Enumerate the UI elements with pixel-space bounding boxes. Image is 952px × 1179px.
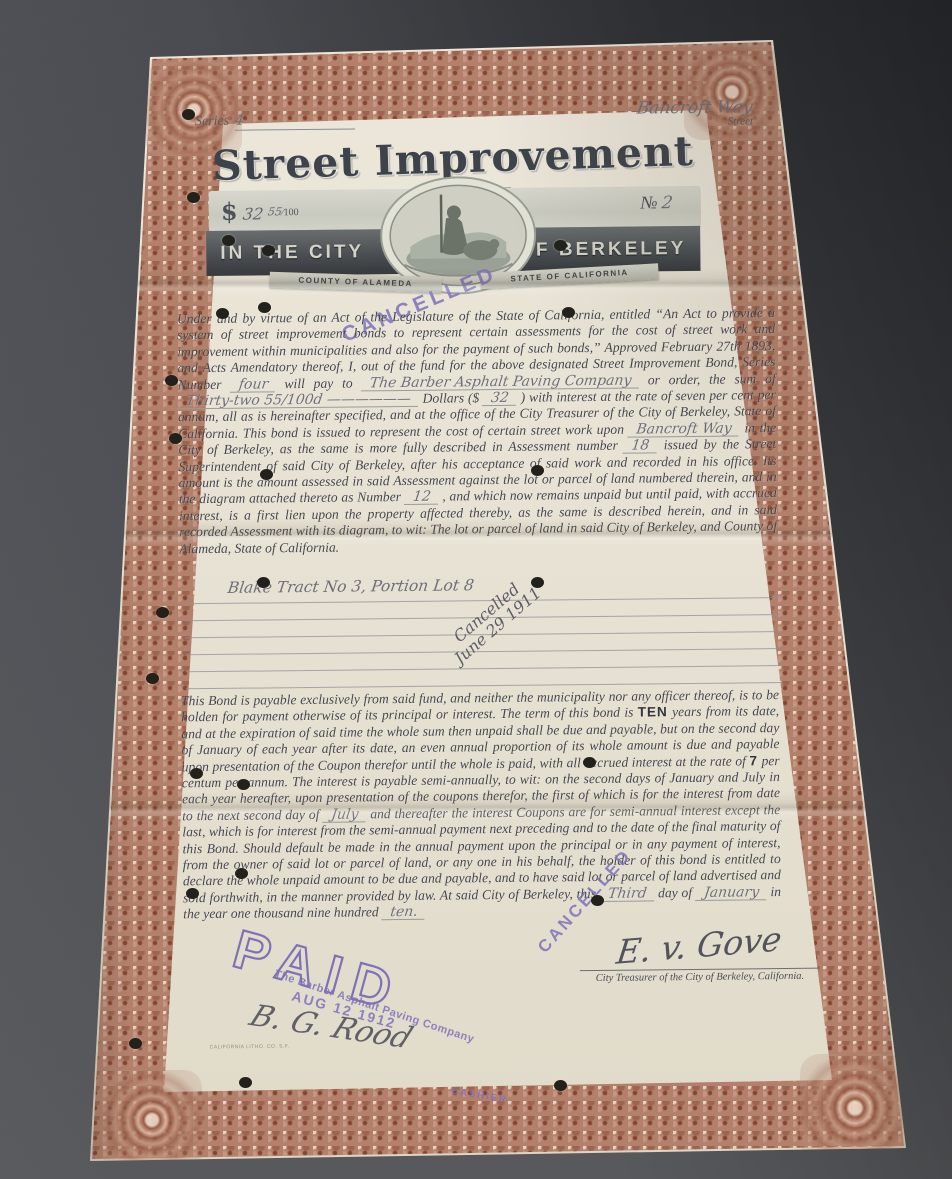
series-blank: 4: [235, 111, 355, 130]
number-label: №: [640, 192, 657, 212]
paid-stamp-cashier-label: CASHIER: [451, 1086, 509, 1106]
fill-amount-words: Thirty-two 55/100d ——————: [177, 393, 420, 410]
amount-cents-handwritten: 55: [267, 205, 283, 218]
paid-stamp-group: PAID AUG 12 1912 The Barber Asphalt Pavi…: [191, 916, 533, 1130]
fraction-base: 100: [284, 207, 299, 218]
fill-month: January: [695, 886, 768, 901]
punch-hole: [262, 245, 275, 256]
punch-hole: [583, 757, 596, 768]
punch-hole: [260, 469, 273, 480]
fill-diagram-number: 12: [404, 491, 440, 505]
punch-hole: [169, 433, 182, 444]
punch-hole: [591, 895, 604, 906]
punch-hole: [237, 779, 250, 790]
bold-term-years: TEN: [638, 705, 668, 720]
punch-hole: [190, 768, 203, 779]
document-content: Series4 Bancroft Way Street Street Impro…: [82, 32, 916, 1173]
treasurer-title: City Treasurer of the City of Berkeley, …: [580, 971, 820, 985]
printed-text: day of: [658, 885, 692, 900]
bond-paper: Series4 Bancroft Way Street Street Impro…: [88, 36, 910, 1168]
amount-fraction: 55⁄100: [268, 205, 299, 218]
bold-interest-rate: 7: [749, 753, 758, 768]
treasurer-signature: E. v. Gove: [615, 919, 785, 972]
punch-hole: [239, 1077, 252, 1088]
street-line: Bancroft Way Street: [503, 97, 753, 130]
fill-amount-figures: 32: [482, 392, 518, 406]
series-label: Series: [195, 114, 229, 129]
fill-coupon-month: July: [322, 808, 367, 822]
number-value-handwritten: 2: [661, 193, 674, 213]
punch-hole: [554, 1080, 567, 1091]
photo-of-bond-document: Series4 Bancroft Way Street Street Impro…: [0, 0, 952, 1179]
fill-payee: The Barber Asphalt Paving Company: [361, 374, 640, 391]
punch-hole: [216, 308, 229, 319]
punch-hole: [186, 888, 199, 899]
treasurer-signature-block: E. v. Gove City Treasurer of the City of…: [579, 925, 820, 985]
main-paragraph: Under and by virtue of an Act of the Leg…: [177, 305, 778, 557]
punch-hole: [156, 607, 169, 618]
printed-text: will pay to: [284, 375, 352, 391]
fill-street-name: Bancroft Way: [628, 422, 741, 437]
printed-text: or order, the sum of: [648, 371, 776, 387]
punch-hole: [258, 302, 271, 313]
bond-number-group: № 2: [640, 192, 673, 213]
street-name-handwritten: Bancroft Way: [636, 97, 754, 118]
punch-hole: [562, 307, 575, 318]
printer-imprint: CALIFORNIA LITHO. CO. S.F.: [210, 1044, 290, 1050]
punch-hole: [257, 577, 270, 588]
punch-hole: [531, 465, 544, 476]
punch-hole: [531, 577, 544, 588]
amount-dollars-handwritten: 32: [241, 204, 264, 223]
series-line: Series4: [195, 111, 355, 131]
punch-hole: [146, 673, 159, 684]
punch-hole: [235, 868, 248, 879]
series-value-handwritten: 4: [234, 113, 245, 129]
fill-assessment-number: 18: [623, 440, 659, 454]
punch-hole: [222, 235, 235, 246]
fill-series-number: four: [229, 378, 276, 392]
punch-hole: [554, 240, 567, 251]
dollar-sign: $: [221, 197, 238, 226]
ruled-line: [186, 665, 782, 672]
punch-hole: [187, 192, 200, 203]
punch-hole: [165, 375, 178, 386]
printed-text: Dollars ($: [423, 390, 480, 406]
amount-group: $ 32 55⁄100: [221, 196, 299, 226]
terms-paragraph: This Bond is payable exclusively from sa…: [181, 687, 781, 923]
punch-hole: [182, 109, 195, 120]
punch-hole: [129, 1038, 142, 1049]
